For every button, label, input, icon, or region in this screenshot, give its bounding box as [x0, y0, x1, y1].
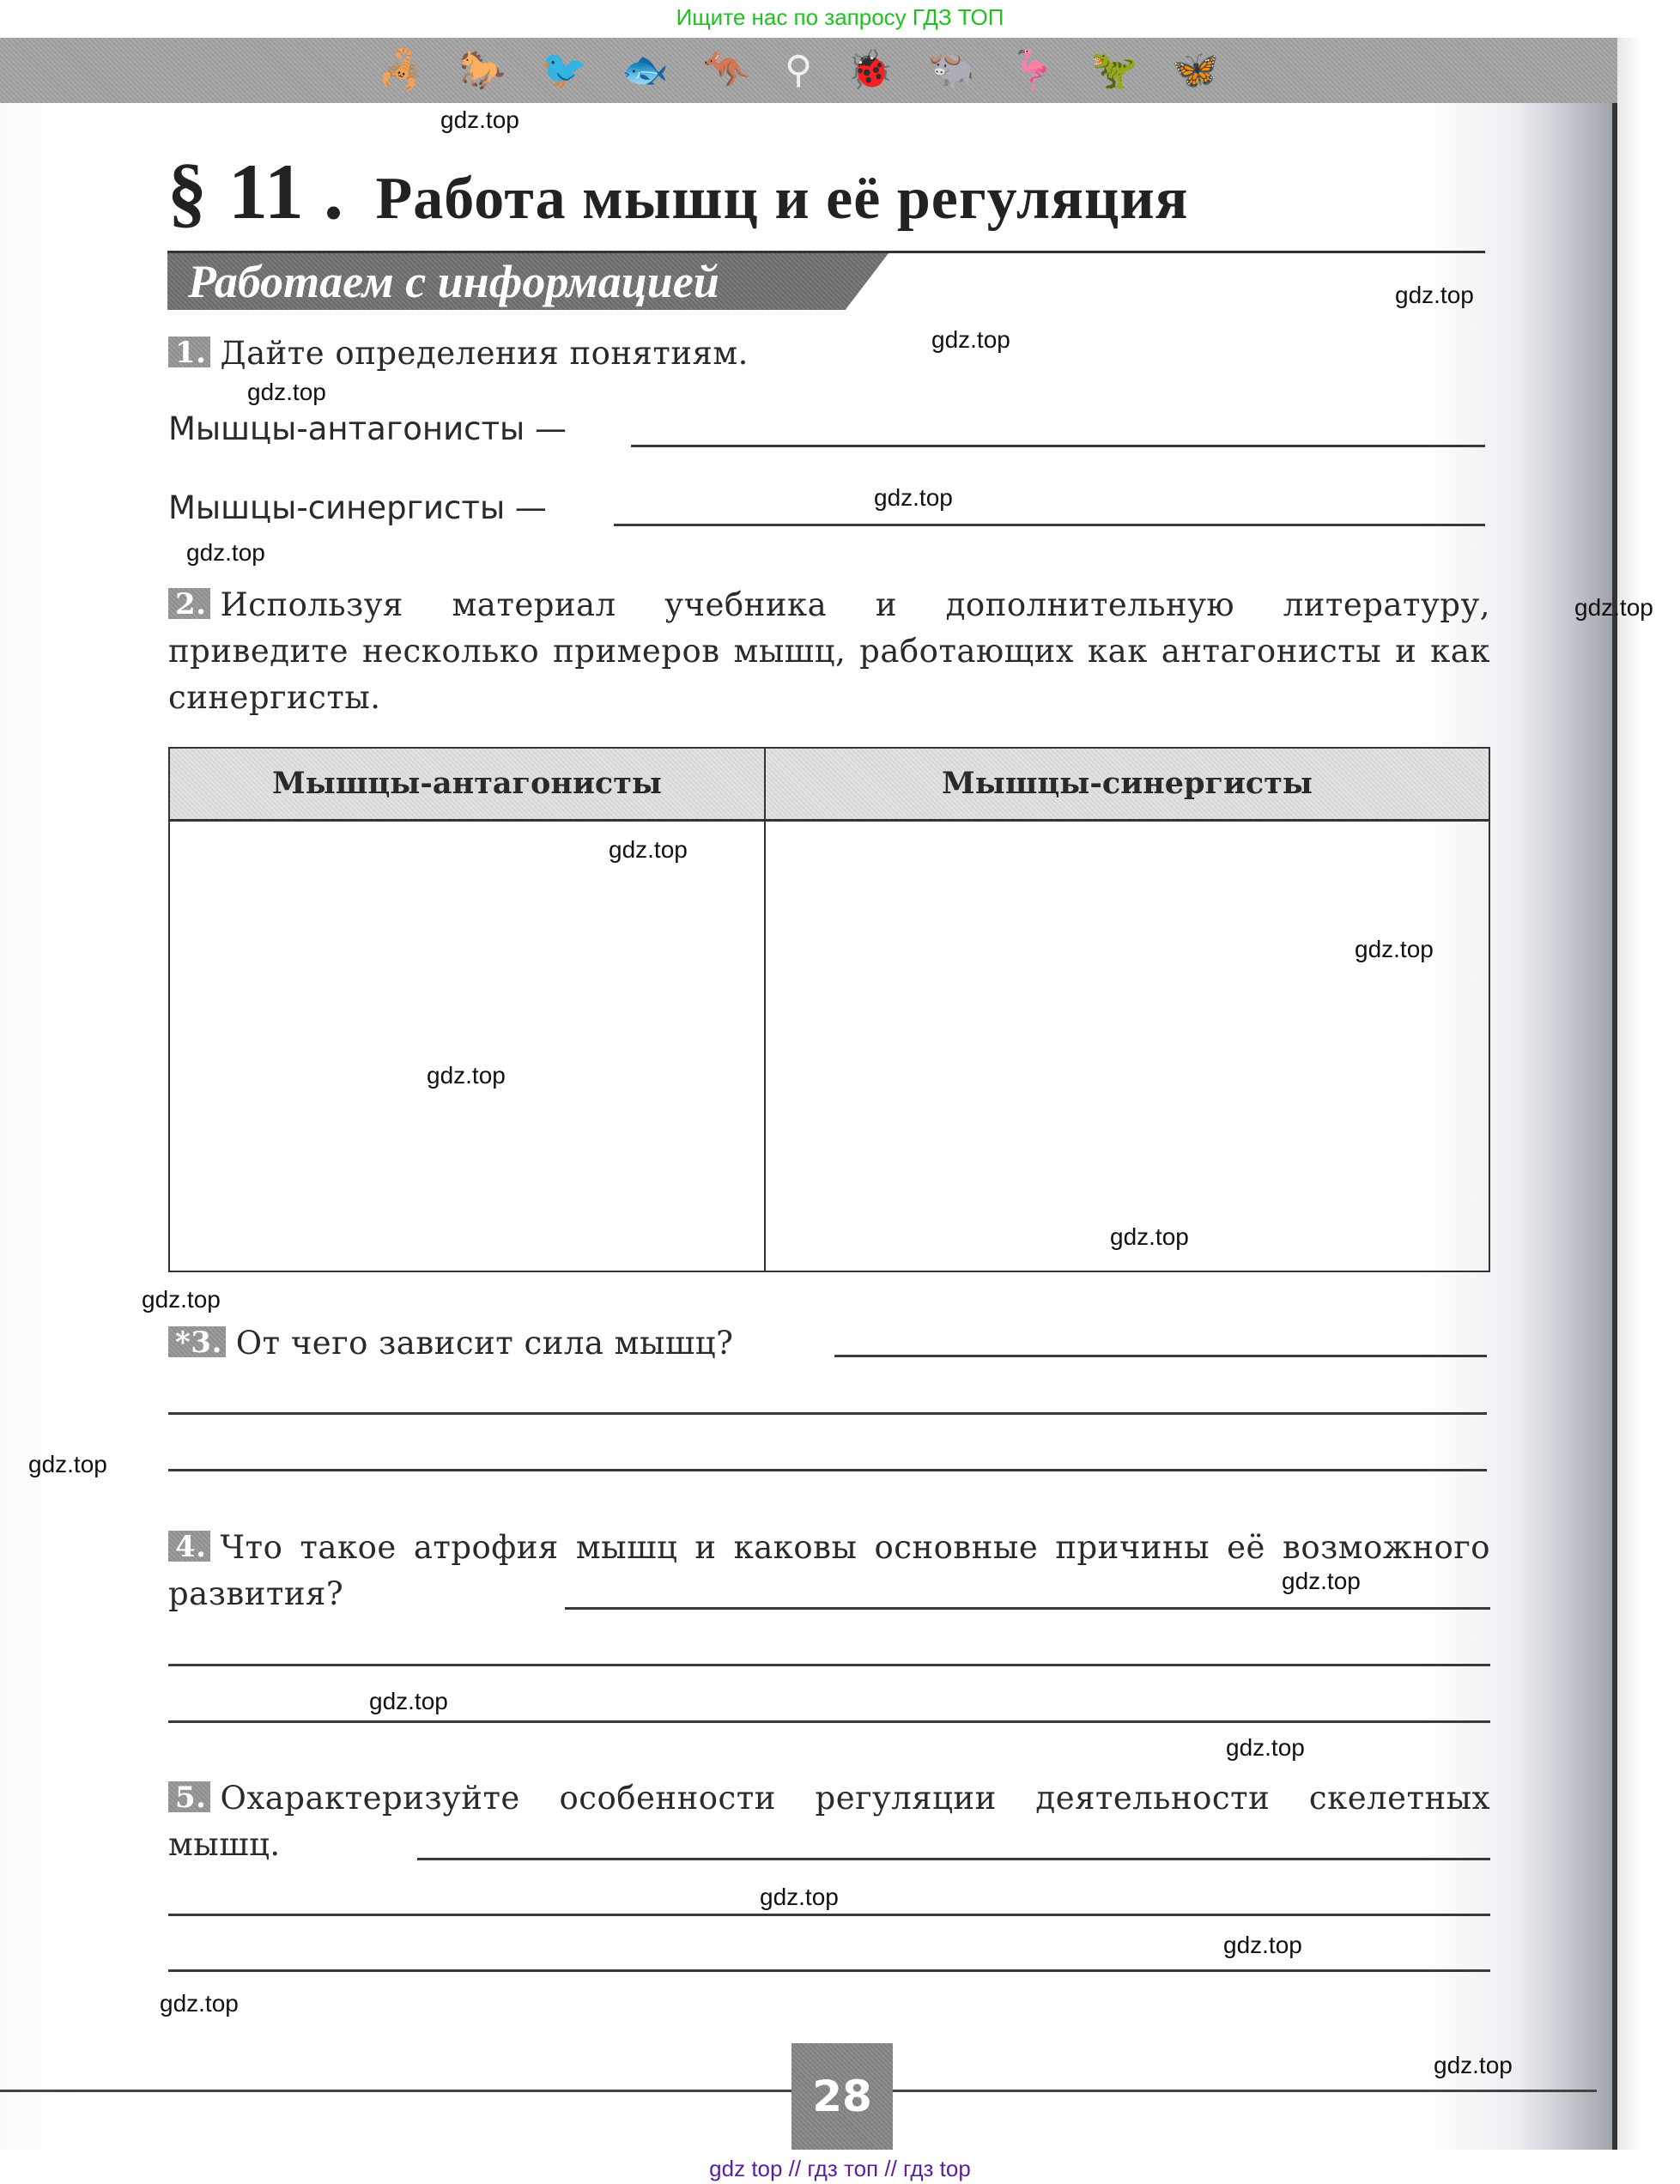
task-2: 2.Используя материал учебника и дополнит…	[168, 582, 1490, 721]
kangaroo-icon: 🦘	[703, 52, 750, 89]
section-number: § 11	[167, 148, 305, 235]
watermark: gdz.top	[760, 1884, 839, 1911]
task-3-text: От чего зависит сила мышц?	[236, 1325, 734, 1362]
task-3-answer-line-3[interactable]	[168, 1469, 1487, 1471]
watermark: gdz.top	[609, 836, 688, 864]
watermark: gdz.top	[874, 484, 953, 512]
table-header-synergists: Мышцы-синергисты	[766, 749, 1489, 819]
animal-silhouette-strip: 🦂 🐎 🐦 🐟 🦘 ⚲ 🐞 🐃 🦩 🦖 🦋	[0, 38, 1617, 103]
watermark: gdz.top	[1110, 1223, 1189, 1251]
watermark: gdz.top	[1282, 1568, 1361, 1595]
watermark: gdz.top	[427, 1062, 506, 1089]
watermark: gdz.top	[369, 1688, 448, 1715]
butterfly-icon: 🦋	[1172, 52, 1219, 89]
watermark: gdz.top	[1434, 2052, 1513, 2079]
task-5: 5.Охарактеризуйте особенности регуляции …	[168, 1775, 1490, 1868]
task-number-badge: *3.	[168, 1326, 226, 1357]
task-5-answer-line-1[interactable]	[417, 1858, 1490, 1860]
term-antagonists-answer-line[interactable]	[631, 445, 1485, 447]
watermark: gdz.top	[931, 326, 1010, 354]
task-4-answer-line-3[interactable]	[168, 1720, 1490, 1723]
task-5-text: Охарактеризуйте особенности регуляции де…	[168, 1780, 1490, 1863]
bird-icon: 🐦	[541, 52, 588, 89]
task-5-answer-line-2[interactable]	[168, 1914, 1490, 1916]
watermark: gdz.top	[1355, 936, 1434, 963]
watermark: gdz.top	[1395, 282, 1474, 309]
task-1-text: Дайте определения понятиям.	[221, 335, 749, 372]
watermark: gdz.top	[1226, 1734, 1305, 1762]
book-spine	[1612, 38, 1617, 2150]
task-number-badge: 2.	[168, 588, 210, 619]
section-heading: Работа мышц и её регуляция	[375, 166, 1188, 232]
watermark: gdz.top	[1574, 594, 1653, 622]
horse-icon: 🐎	[459, 52, 506, 89]
fish-icon: 🐟	[622, 52, 669, 89]
watermark: gdz.top	[247, 379, 326, 406]
watermark: gdz.top	[160, 1990, 239, 2017]
term-antagonists-label: Мышцы-антагонисты —	[168, 410, 567, 447]
task-3-answer-line-1[interactable]	[834, 1355, 1487, 1357]
watermark: gdz.top	[1223, 1932, 1302, 1959]
page-number: 28	[791, 2043, 893, 2150]
facing-page-edge	[1617, 38, 1680, 2150]
bison-icon: 🐃	[928, 52, 975, 89]
table-cell-synergists[interactable]	[766, 822, 1489, 1271]
section-title: § 11. Работа мышц и её регуляция	[167, 146, 1189, 237]
crane-icon: 🦩	[1010, 52, 1057, 89]
section-banner-label: Работаем с информацией	[188, 255, 719, 308]
section-banner: Работаем с информацией	[167, 253, 889, 310]
table-header-antagonists: Мышцы-антагонисты	[170, 749, 764, 819]
table-cell-antagonists[interactable]	[170, 822, 764, 1271]
task-5-answer-line-3[interactable]	[168, 1969, 1490, 1972]
task-3-answer-line-2[interactable]	[168, 1412, 1487, 1415]
task-1: 1.Дайте определения понятиям.	[168, 331, 749, 377]
seahorse-icon: ⚲	[785, 52, 812, 89]
site-search-banner: Ищите нас по запросу ГДЗ ТОП	[0, 0, 1680, 34]
term-synergists-label: Мышцы-синергисты —	[168, 489, 547, 526]
site-footer-banner: gdz top // гдз топ // гдз top	[0, 2153, 1680, 2184]
task-4-answer-line-1[interactable]	[565, 1607, 1490, 1610]
watermark: gdz.top	[440, 106, 519, 134]
task-4-answer-line-2[interactable]	[168, 1664, 1490, 1666]
dinosaur-icon: 🦖	[1091, 52, 1138, 89]
task-3: *3.От чего зависит сила мышц?	[168, 1320, 733, 1367]
watermark: gdz.top	[186, 539, 265, 567]
watermark: gdz.top	[28, 1451, 107, 1478]
watermark: gdz.top	[142, 1286, 221, 1313]
task-number-badge: 4.	[168, 1531, 210, 1562]
task-2-text: Используя материал учебника и дополнител…	[168, 586, 1490, 716]
term-synergists-answer-line[interactable]	[614, 524, 1485, 526]
scorpion-icon: 🦂	[378, 52, 425, 89]
title-rule	[167, 251, 1485, 253]
insect-icon: 🐞	[846, 52, 894, 89]
task-number-badge: 1.	[168, 337, 210, 367]
task-number-badge: 5.	[168, 1781, 210, 1812]
antagonist-synergist-table: Мышцы-антагонисты Мышцы-синергисты	[168, 747, 1490, 1272]
